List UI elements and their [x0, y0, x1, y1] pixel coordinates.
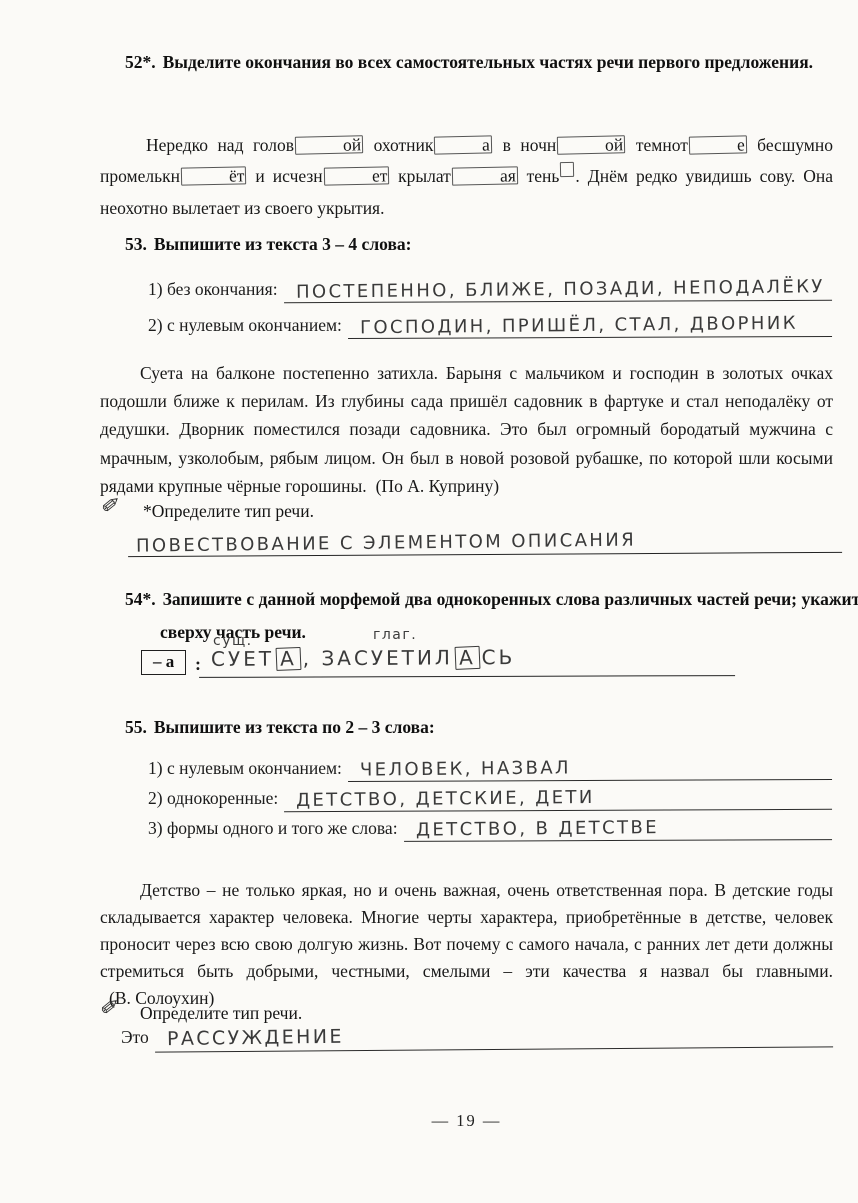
source-text: Детство – не только яркая, но и очень ва… [100, 880, 833, 982]
exercise54-number: 54*. [125, 589, 156, 609]
ending-box: е [689, 135, 747, 154]
exercise55-item-2: 2) однокоренные: ДЕТСТВО, ДЕТСКИЕ, ДЕТИ [148, 781, 832, 811]
answer-blank-line: ЧЕЛОВЕК, НАЗВАЛ [348, 757, 832, 782]
ending-box: ая [452, 167, 518, 186]
exercise53-items: 1) без окончания: ПОСТЕПЕННО, БЛИЖЕ, ПОЗ… [148, 266, 832, 338]
exercise52-number: 52*. [125, 52, 156, 72]
item-label: 1) с нулевым окончанием: [148, 758, 342, 781]
exercise55-subtask-label: Определите тип речи. [140, 1003, 302, 1024]
page-number: — 19 — [100, 1111, 833, 1131]
ending-box: ой [557, 135, 625, 154]
item-label: 2) однокоренные: [148, 788, 278, 811]
exercise53-subtask-label: *Определите тип речи. [143, 501, 314, 522]
exercise55-final-answer-row: Это РАССУЖДЕНИЕ [121, 1025, 833, 1050]
text-segment: Нередко над голов [146, 135, 294, 155]
exercise54-answer-zone: сущ. глаг. – а : СУЕТА, ЗАСУЕТИЛАСЬ [125, 630, 805, 690]
exercise53-item-1: 1) без окончания: ПОСТЕПЕННО, БЛИЖЕ, ПОЗ… [148, 266, 832, 302]
answer-blank-line: ПОВЕСТВОВАНИЕ С ЭЛЕМЕНТОМ ОПИСАНИЯ [128, 522, 842, 557]
exercise52-heading: 52*.Выделите окончания во всех самостоят… [125, 46, 858, 79]
morpheme-box: – а [141, 650, 186, 675]
exercise52-title: Выделите окончания во всех самостоятельн… [163, 52, 813, 72]
answer-blank-line: ДЕТСТВО, В ДЕТСТВЕ [404, 817, 833, 842]
handwritten-answer: ПОВЕСТВОВАНИЕ С ЭЛЕМЕНТОМ ОПИСАНИЯ [136, 530, 636, 557]
pen-icon: ✐ [100, 493, 121, 520]
handwritten-answer: ПОСТЕПЕННО, БЛИЖЕ, ПОЗАДИ, НЕПОДАЛЁКУ [295, 276, 824, 303]
text-segment: и исчезн [247, 166, 322, 186]
text-segment: охотник [364, 135, 433, 155]
handwritten-answer: ДЕТСТВО, ДЕТСКИЕ, ДЕТИ [296, 787, 595, 811]
exercise53-item-2: 2) с нулевым окончанием: ГОСПОДИН, ПРИШЁ… [148, 302, 832, 338]
handwritten-answer: ГОСПОДИН, ПРИШЁЛ, СТАЛ, ДВОРНИК [360, 313, 798, 339]
text-segment: тень [519, 166, 560, 186]
ending-box: ёт [181, 167, 247, 186]
handwritten-answer: ДЕТСТВО, В ДЕТСТВЕ [415, 817, 658, 841]
text-segment: темнот [626, 135, 688, 155]
item-label: 3) формы одного и того же слова: [148, 818, 398, 841]
answer-blank-line: ГОСПОДИН, ПРИШЁЛ, СТАЛ, ДВОРНИК [348, 314, 832, 339]
answer-blank-line [199, 629, 735, 678]
answer-blank-line: ПОСТЕПЕННО, БЛИЖЕ, ПОЗАДИ, НЕПОДАЛЁКУ [284, 278, 833, 303]
exercise53-source-text: Суета на балконе постепенно затихла. Бар… [100, 359, 833, 501]
exercise55-number: 55. [125, 717, 147, 737]
exercise55-heading: 55.Выпишите из текста по 2 – 3 слова: [125, 711, 858, 744]
exercise55-items: 1) с нулевым окончанием: ЧЕЛОВЕК, НАЗВАЛ… [148, 751, 832, 841]
ending-box [560, 162, 574, 177]
exercise55-title: Выпишите из текста по 2 – 3 слова: [154, 717, 435, 737]
exercise55-source-text: Детство – не только яркая, но и очень ва… [100, 877, 833, 1013]
text-segment: в ночн [493, 135, 556, 155]
handwritten-answer: РАССУЖДЕНИЕ [167, 1026, 344, 1050]
exercise53-heading: 53.Выпишите из текста 3 – 4 слова: [125, 228, 858, 261]
exercise52-sentence-with-marked-endings: Нередко над головой охотника в ночной те… [100, 130, 833, 225]
author-attribution: (По А. Куприну) [376, 476, 500, 496]
ending-box: ой [295, 135, 363, 154]
item-label: 1) без окончания: [148, 279, 278, 302]
answer-blank-line: РАССУЖДЕНИЕ [155, 1022, 833, 1052]
ending-box: ет [323, 167, 389, 186]
ending-box: а [434, 135, 492, 154]
pen-icon: ✐ [99, 995, 120, 1022]
exercise55-item-3: 3) формы одного и того же слова: ДЕТСТВО… [148, 811, 832, 841]
answer-prefix: Это [121, 1027, 149, 1050]
answer-blank-line: ДЕТСТВО, ДЕТСКИЕ, ДЕТИ [284, 787, 832, 812]
handwritten-answer: ЧЕЛОВЕК, НАЗВАЛ [360, 757, 571, 780]
workbook-page: 52*.Выделите окончания во всех самостоят… [0, 0, 858, 1203]
exercise53-title: Выпишите из текста 3 – 4 слова: [154, 234, 412, 254]
exercise55-item-1: 1) с нулевым окончанием: ЧЕЛОВЕК, НАЗВАЛ [148, 751, 832, 781]
item-label: 2) с нулевым окончанием: [148, 315, 342, 338]
exercise53-number: 53. [125, 234, 147, 254]
text-segment: крылат [390, 166, 451, 186]
